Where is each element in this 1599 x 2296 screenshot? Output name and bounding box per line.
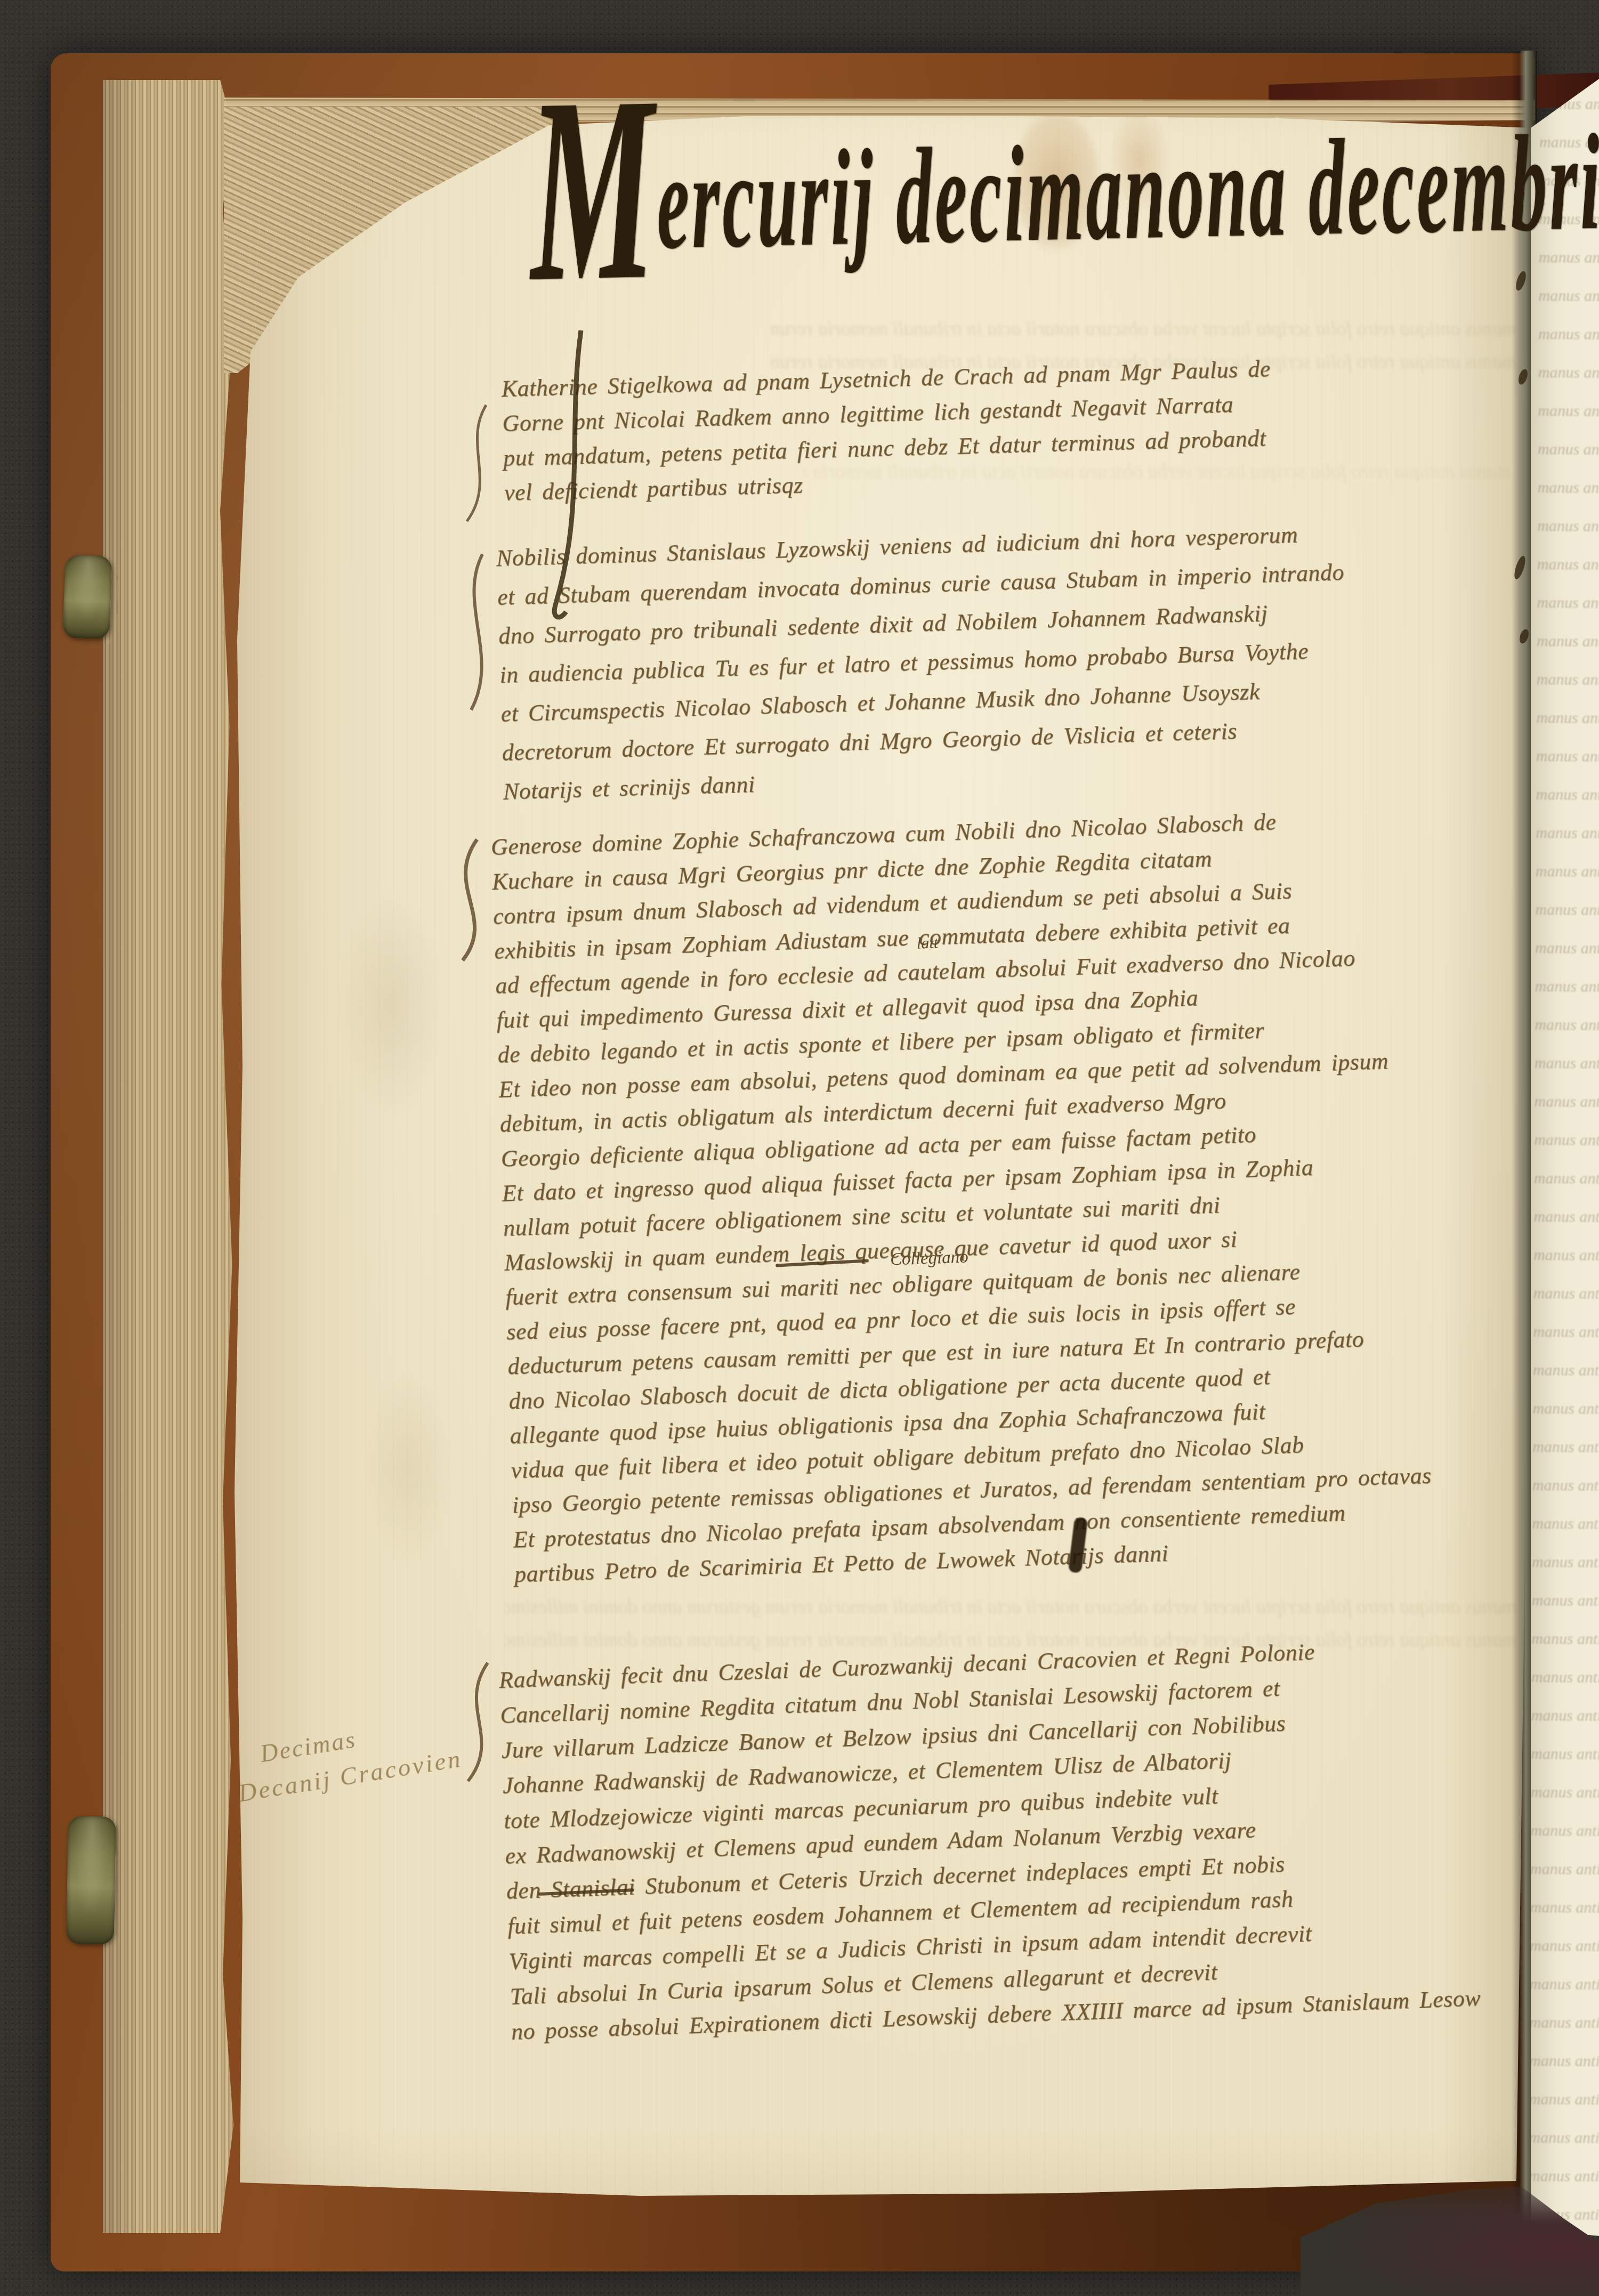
ink-stain [1109,107,1170,213]
next-page-ghost-text: manus antiqua retro folia scripta lucent… [1531,85,1599,2235]
paragraph-3: Generose domine Zophie Schafranczowa cum… [490,802,1434,1593]
bleed-smudge [341,893,442,1117]
paragraph-4: Radwanskij fecit dnu Czeslai de Curozwan… [498,1630,1481,2050]
manuscript-photo: manus antiqua retro folia scripta lucent… [0,0,1599,2296]
interlinear-insertion: latt [916,934,938,952]
brass-clasp [62,555,112,640]
page-stack-edge-left [103,80,236,2233]
interlinear-insertion: Collegiano [890,1247,968,1270]
brass-clasp [66,1816,116,1945]
paragraph-1: Katherine Stigelkowa ad pnam Lysetnich d… [501,353,1274,512]
bleed-smudge [365,1372,450,1564]
ink-stain [1013,109,1101,250]
next-page-sliver: manus antiqua retro folia scripta lucent… [1531,48,1599,2236]
manuscript-page: manus antiqua retro folia scripta lucent… [227,51,1532,2236]
paragraph-2: Nobilis dominus Stanislaus Lyzowskij ven… [496,516,1351,813]
